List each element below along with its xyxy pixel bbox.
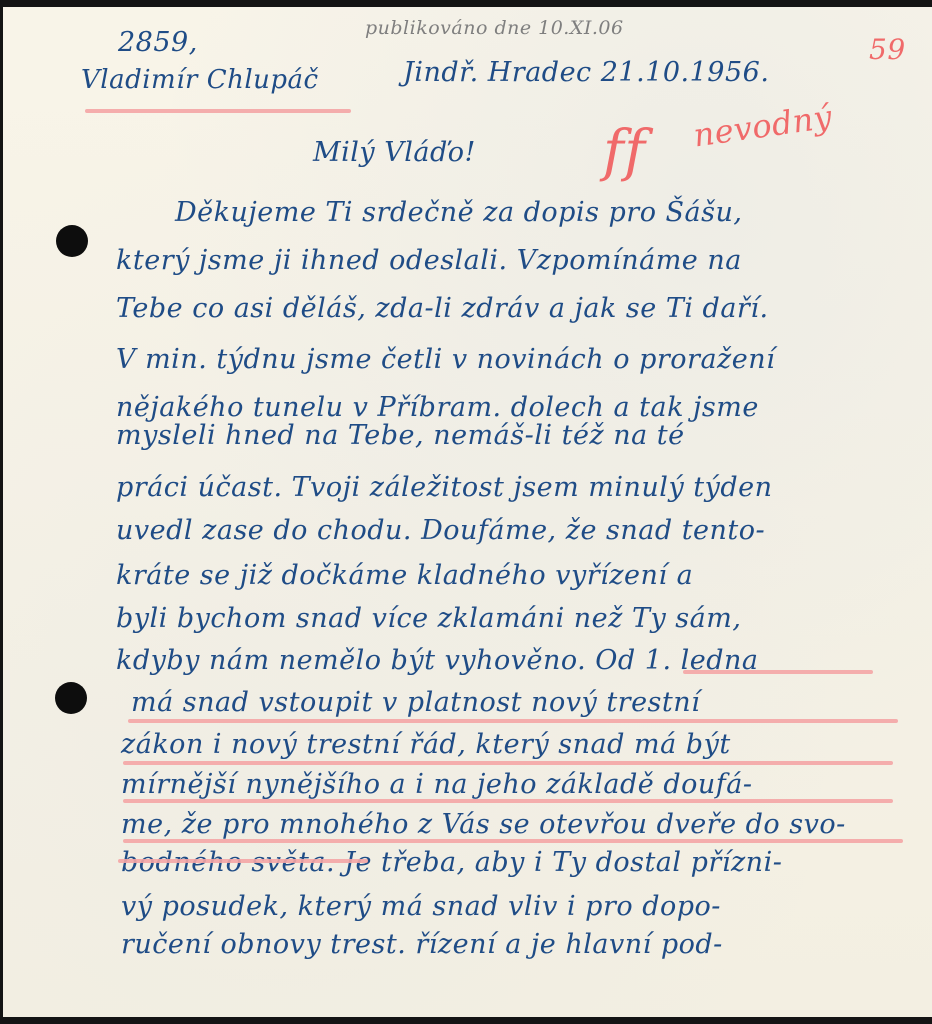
salutation: Milý Vláďo!	[313, 137, 476, 168]
body-line-11: kdyby nám nemělo být vyhověno. Od 1. led…	[116, 645, 759, 676]
body-line-4: V min. týdnu jsme četli v novinách o pro…	[116, 344, 775, 375]
body-line-6: mysleli hned na Tebe, nemáš-li též na té	[116, 420, 685, 451]
red-underline-4	[123, 799, 893, 803]
red-underline-3	[123, 761, 893, 765]
body-line-14: mírnější nynějšího a i na jeho základě d…	[121, 769, 753, 800]
body-line-1: Děkujeme Ti srdečně za dopis pro Šášu,	[175, 197, 742, 228]
body-line-5: nějakého tunelu v Příbram. dolech a tak …	[116, 392, 759, 423]
letter-page: 2859, Vladimír Chlupáč publikováno dne 1…	[3, 7, 932, 1017]
red-underline-6	[118, 859, 368, 863]
red-underline-2	[128, 719, 898, 723]
recipient-name: Vladimír Chlupáč	[81, 65, 319, 95]
body-line-7: práci účast. Tvoji záležitost jsem minul…	[116, 472, 773, 503]
page-number-red: 59	[869, 33, 906, 66]
punch-hole-top	[56, 225, 88, 257]
red-annotation: nevodný	[691, 97, 834, 154]
body-line-2: který jsme ji ihned odeslali. Vzpomínáme…	[116, 245, 742, 276]
recipient-red-underline	[85, 109, 351, 113]
body-line-17: vý posudek, který má snad vliv i pro dop…	[121, 891, 721, 922]
body-line-13: zákon i nový trestní řád, který snad má …	[121, 729, 731, 760]
body-line-3: Tebe co asi děláš, zda-li zdráv a jak se…	[116, 293, 769, 324]
punch-hole-bottom	[55, 682, 87, 714]
red-underline-5	[123, 839, 903, 843]
place-and-date: Jindř. Hradec 21.10.1956.	[403, 57, 769, 88]
body-line-12: má snad vstoupit v platnost nový trestní	[131, 687, 700, 718]
body-line-18: ručení obnovy trest. řízení a je hlavní …	[121, 929, 723, 960]
body-line-9: kráte se již dočkáme kladného vyřízení a	[116, 560, 693, 591]
file-number: 2859,	[118, 27, 198, 58]
red-underline-1	[683, 670, 873, 674]
body-line-10: byli bychom snad více zklamáni než Ty sá…	[116, 603, 741, 634]
body-line-8: uvedl zase do chodu. Doufáme, že snad te…	[116, 515, 765, 546]
pencil-publication-note: publikováno dne 10.XI.06	[365, 17, 624, 39]
red-initials: ff	[603, 119, 645, 184]
body-line-15: me, že pro mnohého z Vás se otevřou dveř…	[121, 809, 846, 840]
